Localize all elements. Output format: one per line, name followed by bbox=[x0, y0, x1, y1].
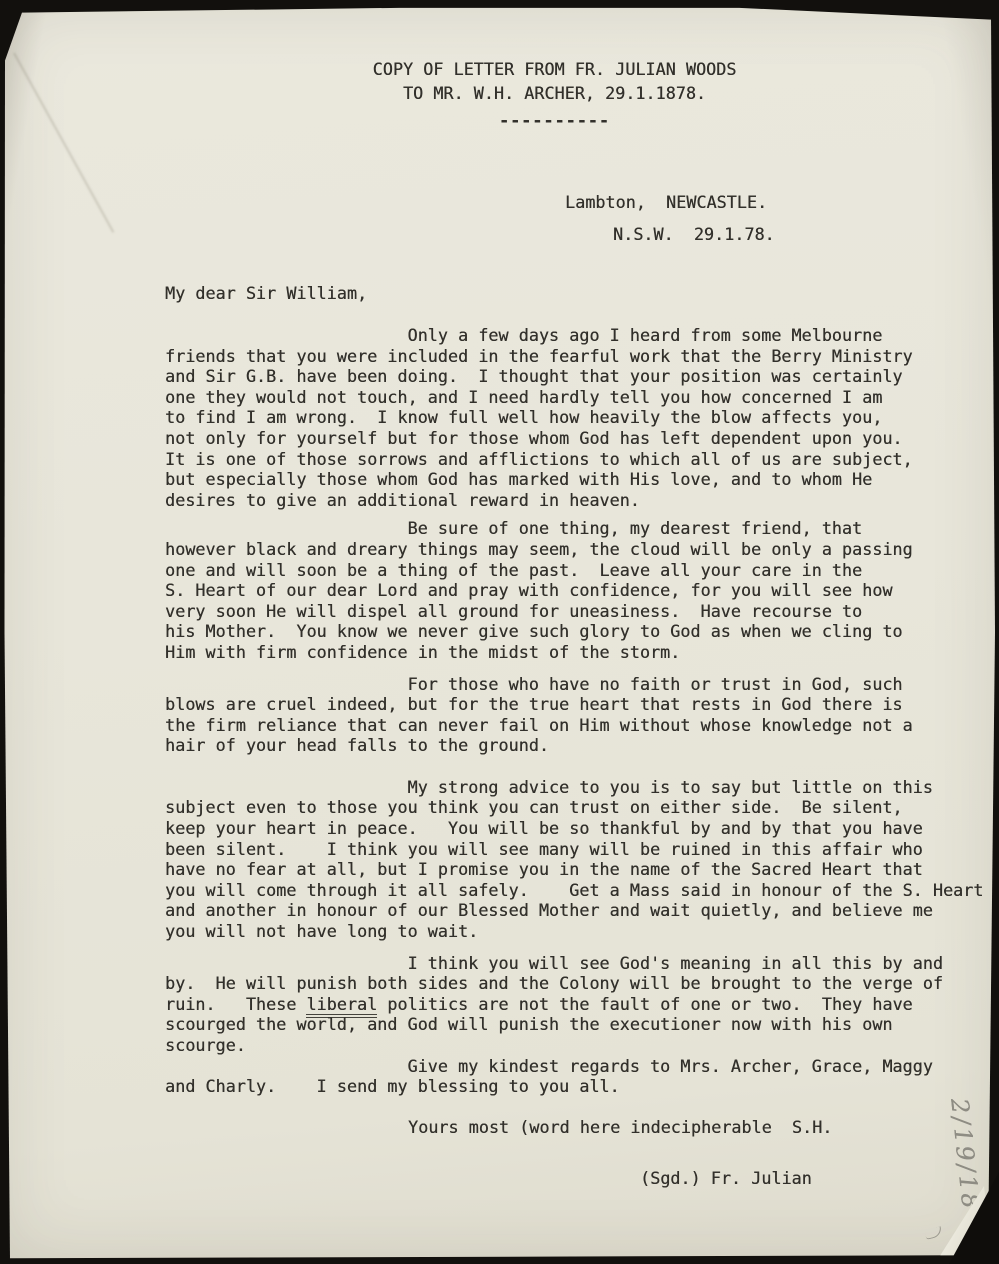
letter-paragraph: My strong advice to you is to say but li… bbox=[165, 777, 990, 942]
pencil-mark bbox=[924, 1226, 943, 1240]
letter-line: For those who have no faith or trust in … bbox=[165, 674, 990, 695]
letter-line: It is one of those sorrows and afflictio… bbox=[165, 449, 990, 470]
letter-paragraph: I think you will see God's meaning in al… bbox=[165, 953, 990, 1056]
divider-dashes: ---------- bbox=[55, 110, 999, 131]
date-line: N.S.W. 29.1.78. bbox=[613, 224, 775, 245]
letter-line: desires to give an additional reward in … bbox=[165, 490, 990, 511]
letter-line: his Mother. You know we never give such … bbox=[165, 621, 990, 642]
letter-title-line2: TO MR. W.H. ARCHER, 29.1.1878. bbox=[55, 83, 999, 104]
letter-line: Him with firm confidence in the midst of… bbox=[165, 642, 990, 663]
letter-line: blows are cruel indeed, but for the true… bbox=[165, 694, 990, 715]
letter-line: however black and dreary things may seem… bbox=[165, 539, 990, 560]
letter-line: Be sure of one thing, my dearest friend,… bbox=[165, 518, 990, 539]
letter-line: I think you will see God's meaning in al… bbox=[165, 953, 990, 974]
letter-line: scourged the world, and God will punish … bbox=[165, 1014, 990, 1035]
letter-paragraph: Give my kindest regards to Mrs. Archer, … bbox=[165, 1056, 990, 1097]
letter-line: Give my kindest regards to Mrs. Archer, … bbox=[165, 1056, 990, 1077]
closing-line: Yours most (word here indecipherable S.H… bbox=[408, 1117, 990, 1138]
place-line: Lambton, NEWCASTLE. bbox=[565, 192, 775, 213]
letter-line: keep your heart in peace. You will be so… bbox=[165, 818, 990, 839]
letter-line: you will not have long to wait. bbox=[165, 921, 990, 942]
signature-line: (Sgd.) Fr. Julian bbox=[640, 1168, 990, 1189]
letter-line: hair of your head falls to the ground. bbox=[165, 735, 990, 756]
letter-line: My strong advice to you is to say but li… bbox=[165, 777, 990, 798]
letter-line: and Sir G.B. have been doing. I thought … bbox=[165, 366, 990, 387]
letter-line: one they would not touch, and I need har… bbox=[165, 387, 990, 408]
salutation: My dear Sir William, bbox=[165, 283, 367, 304]
letter-paragraph: Be sure of one thing, my dearest friend,… bbox=[165, 518, 990, 662]
letter-page: COPY OF LETTER FROM FR. JULIAN WOODS TO … bbox=[0, 0, 999, 1264]
dateline: Lambton, NEWCASTLE. N.S.W. 29.1.78. bbox=[565, 192, 775, 244]
letter-line: and Charly. I send my blessing to you al… bbox=[165, 1076, 990, 1097]
letter-column: Only a few days ago I heard from some Me… bbox=[165, 325, 990, 1189]
letter-line: but especially those whom God has marked… bbox=[165, 469, 990, 490]
letter-line: have no fear at all, but I promise you i… bbox=[165, 859, 990, 880]
letter-line: scourge. bbox=[165, 1035, 990, 1056]
letter-line: you will come through it all safely. Get… bbox=[165, 880, 990, 901]
letter-body: Only a few days ago I heard from some Me… bbox=[165, 325, 990, 1097]
letter-line: friends that you were included in the fe… bbox=[165, 346, 990, 367]
letter-line: subject even to those you think you can … bbox=[165, 797, 990, 818]
letter-line: to find I am wrong. I know full well how… bbox=[165, 407, 990, 428]
letter-paragraph: For those who have no faith or trust in … bbox=[165, 674, 990, 756]
letter-line: and another in honour of our Blessed Mot… bbox=[165, 900, 990, 921]
letter-heading: COPY OF LETTER FROM FR. JULIAN WOODS TO … bbox=[55, 59, 999, 131]
letter-line: been silent. I think you will see many w… bbox=[165, 839, 990, 860]
letter-paragraph: Only a few days ago I heard from some Me… bbox=[165, 325, 990, 510]
letter-line: by. He will punish both sides and the Co… bbox=[165, 973, 990, 994]
letter-line: S. Heart of our dear Lord and pray with … bbox=[165, 580, 990, 601]
letter-line: one and will soon be a thing of the past… bbox=[165, 560, 990, 581]
letter-title-line1: COPY OF LETTER FROM FR. JULIAN WOODS bbox=[55, 59, 999, 80]
letter-line: very soon He will dispel all ground for … bbox=[165, 601, 990, 622]
letter-line: ruin. These liberal politics are not the… bbox=[165, 994, 990, 1015]
letter-line: Only a few days ago I heard from some Me… bbox=[165, 325, 990, 346]
letter-line: the firm reliance that can never fail on… bbox=[165, 715, 990, 736]
photo-background: COPY OF LETTER FROM FR. JULIAN WOODS TO … bbox=[0, 0, 999, 1264]
letter-line: not only for yourself but for those whom… bbox=[165, 428, 990, 449]
